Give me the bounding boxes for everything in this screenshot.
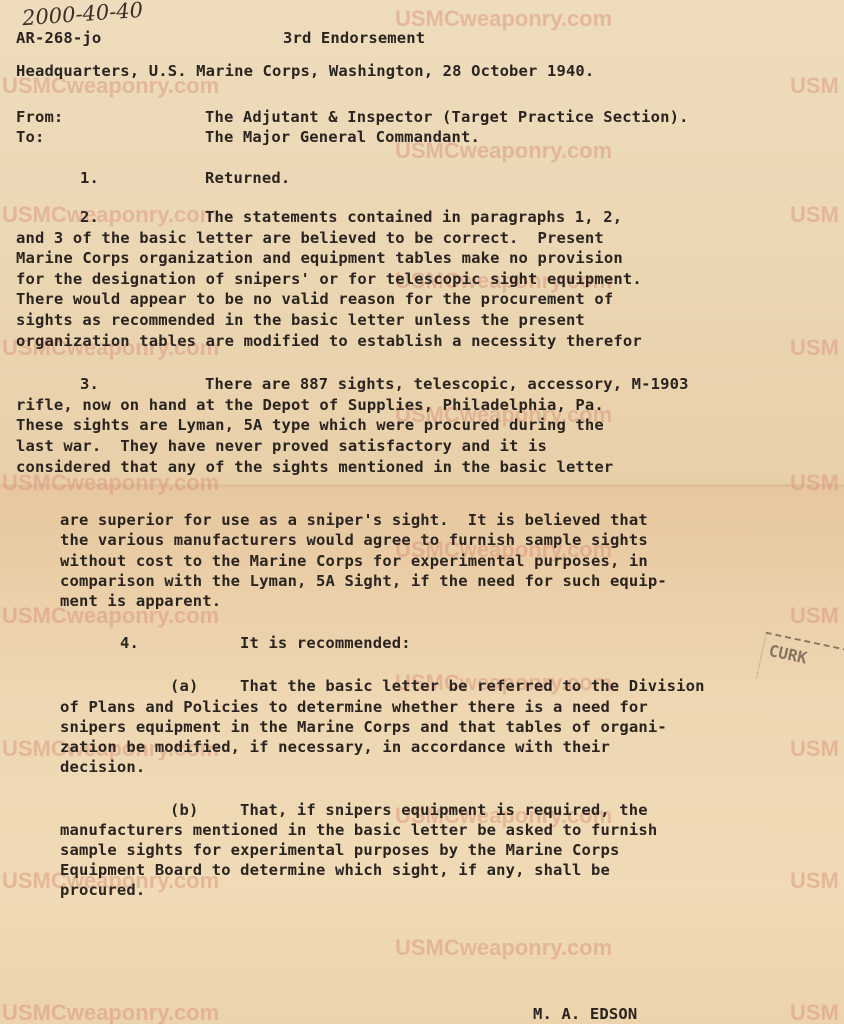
paragraph-3-cont-line: are superior for use as a sniper's sight… (60, 510, 648, 530)
document-title: 3rd Endorsement (283, 28, 425, 48)
subparagraph-a-line: That the basic letter be referred to the… (240, 676, 705, 696)
watermark: USM (790, 335, 839, 361)
to-value: The Major General Commandant. (205, 127, 480, 147)
subparagraph-b-line: That, if snipers equipment is required, … (240, 800, 648, 820)
subparagraph-a-line: of Plans and Policies to determine wheth… (60, 697, 648, 717)
reference-number: AR-268-jo (16, 28, 101, 48)
paragraph-2-line: for the designation of snipers' or for t… (16, 269, 642, 289)
paragraph-4-number: 4. (120, 633, 139, 653)
paragraph-3-number: 3. (80, 374, 99, 394)
watermark: USM (790, 202, 839, 228)
subparagraph-b-label: (b) (170, 800, 198, 820)
subparagraph-a-line: snipers equipment in the Marine Corps an… (60, 717, 667, 737)
watermark: USMCweaponry.com (395, 935, 612, 961)
watermark: USM (790, 73, 839, 99)
paragraph-4-text: It is recommended: (240, 633, 411, 653)
subparagraph-a-line: decision. (60, 757, 145, 777)
paragraph-2-line: The statements contained in paragraphs 1… (205, 207, 622, 227)
paragraph-3-cont-line: without cost to the Marine Corps for exp… (60, 551, 648, 571)
watermark: USM (790, 470, 839, 496)
paragraph-3-line: There are 887 sights, telescopic, access… (205, 374, 689, 394)
paragraph-3-line: rifle, now on hand at the Depot of Suppl… (16, 395, 604, 415)
paragraph-3-line: last war. They have never proved satisfa… (16, 436, 547, 456)
to-label: To: (16, 127, 44, 147)
dateline: Headquarters, U.S. Marine Corps, Washing… (16, 61, 594, 81)
paragraph-2-line: and 3 of the basic letter are believed t… (16, 228, 604, 248)
watermark: USM (790, 1000, 839, 1024)
subparagraph-a-line: zation be modified, if necessary, in acc… (60, 737, 610, 757)
paragraph-3-cont-line: the various manufacturers would agree to… (60, 530, 648, 550)
paragraph-2-line: There would appear to be no valid reason… (16, 289, 613, 309)
paragraph-2-number: 2. (80, 207, 99, 227)
watermark: USM (790, 736, 839, 762)
watermark: USM (790, 603, 839, 629)
paragraph-1-text: Returned. (205, 168, 290, 188)
paragraph-3-cont-line: ment is apparent. (60, 591, 221, 611)
paragraph-1-number: 1. (80, 168, 99, 188)
signature: M. A. EDSON (533, 1004, 637, 1024)
subparagraph-b-line: Equipment Board to determine which sight… (60, 860, 610, 880)
paragraph-3-cont-line: comparison with the Lyman, 5A Sight, if … (60, 571, 667, 591)
paragraph-2-line: sights as recommended in the basic lette… (16, 310, 585, 330)
watermark: USMCweaponry.com (2, 1000, 219, 1024)
paragraph-2-line: Marine Corps organization and equipment … (16, 248, 623, 268)
from-value: The Adjutant & Inspector (Target Practic… (205, 107, 689, 127)
from-label: From: (16, 107, 63, 127)
subparagraph-b-line: manufacturers mentioned in the basic let… (60, 820, 657, 840)
stamp-text: CURK (767, 641, 809, 668)
watermark: USM (790, 868, 839, 894)
watermark: USMCweaponry.com (2, 202, 219, 228)
paragraph-3-line: These sights are Lyman, 5A type which we… (16, 415, 604, 435)
paragraph-2-line: organization tables are modified to esta… (16, 331, 642, 351)
subparagraph-b-line: procured. (60, 880, 145, 900)
subparagraph-b-line: sample sights for experimental purposes … (60, 840, 619, 860)
paragraph-3-line: considered that any of the sights mentio… (16, 457, 613, 477)
subparagraph-a-label: (a) (170, 676, 198, 696)
watermark: USMCweaponry.com (395, 6, 612, 32)
